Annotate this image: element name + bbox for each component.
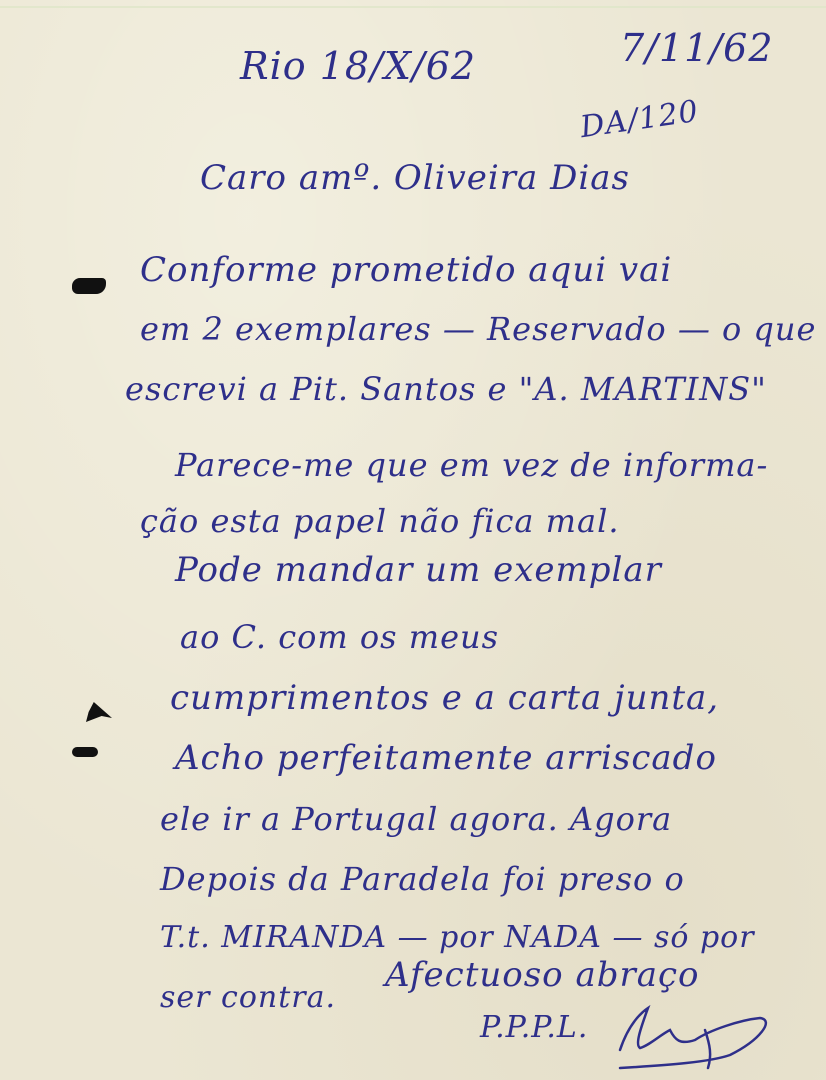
body-line: ele ir a Portugal agora. Agora — [160, 800, 672, 838]
paper-edge — [0, 6, 826, 8]
body-line: cumprimentos e a carta junta, — [170, 678, 719, 718]
punch-hole-icon — [72, 747, 98, 757]
punch-hole-icon — [72, 278, 106, 294]
body-line: Conforme prometido aqui vai — [140, 250, 672, 290]
letter-page: Rio 18/X/62 7/11/62 DA/120 Caro amº. Oli… — [0, 0, 826, 1080]
signature-initials: P.P.P.L. — [480, 1010, 588, 1045]
body-line: T.t. MIRANDA — por NADA — só por — [160, 920, 755, 955]
body-line: em 2 exemplares — Reservado — o que — [140, 310, 816, 348]
body-line: ser contra. — [160, 980, 336, 1015]
place-date: Rio 18/X/62 — [240, 44, 476, 88]
closing: Afectuoso abraço — [385, 955, 700, 995]
body-line: Acho perfeitamente arriscado — [175, 738, 717, 778]
signature-scrawl-icon — [600, 1000, 790, 1070]
reference-number: DA/120 — [578, 94, 701, 145]
body-line: ao C. com os meus — [180, 618, 499, 656]
archive-date: 7/11/62 — [620, 26, 774, 70]
punch-hole-icon — [86, 702, 112, 722]
body-line: Depois da Paradela foi preso o — [160, 860, 685, 898]
salutation: Caro amº. Oliveira Dias — [200, 158, 630, 198]
body-line: escrevi a Pit. Santos e "A. MARTINS" — [125, 370, 767, 408]
signature — [600, 1000, 790, 1070]
body-line: Pode mandar um exemplar — [175, 550, 662, 590]
body-line: ção esta papel não fica mal. — [140, 502, 620, 540]
body-line: Parece-me que em vez de informa- — [175, 446, 768, 484]
